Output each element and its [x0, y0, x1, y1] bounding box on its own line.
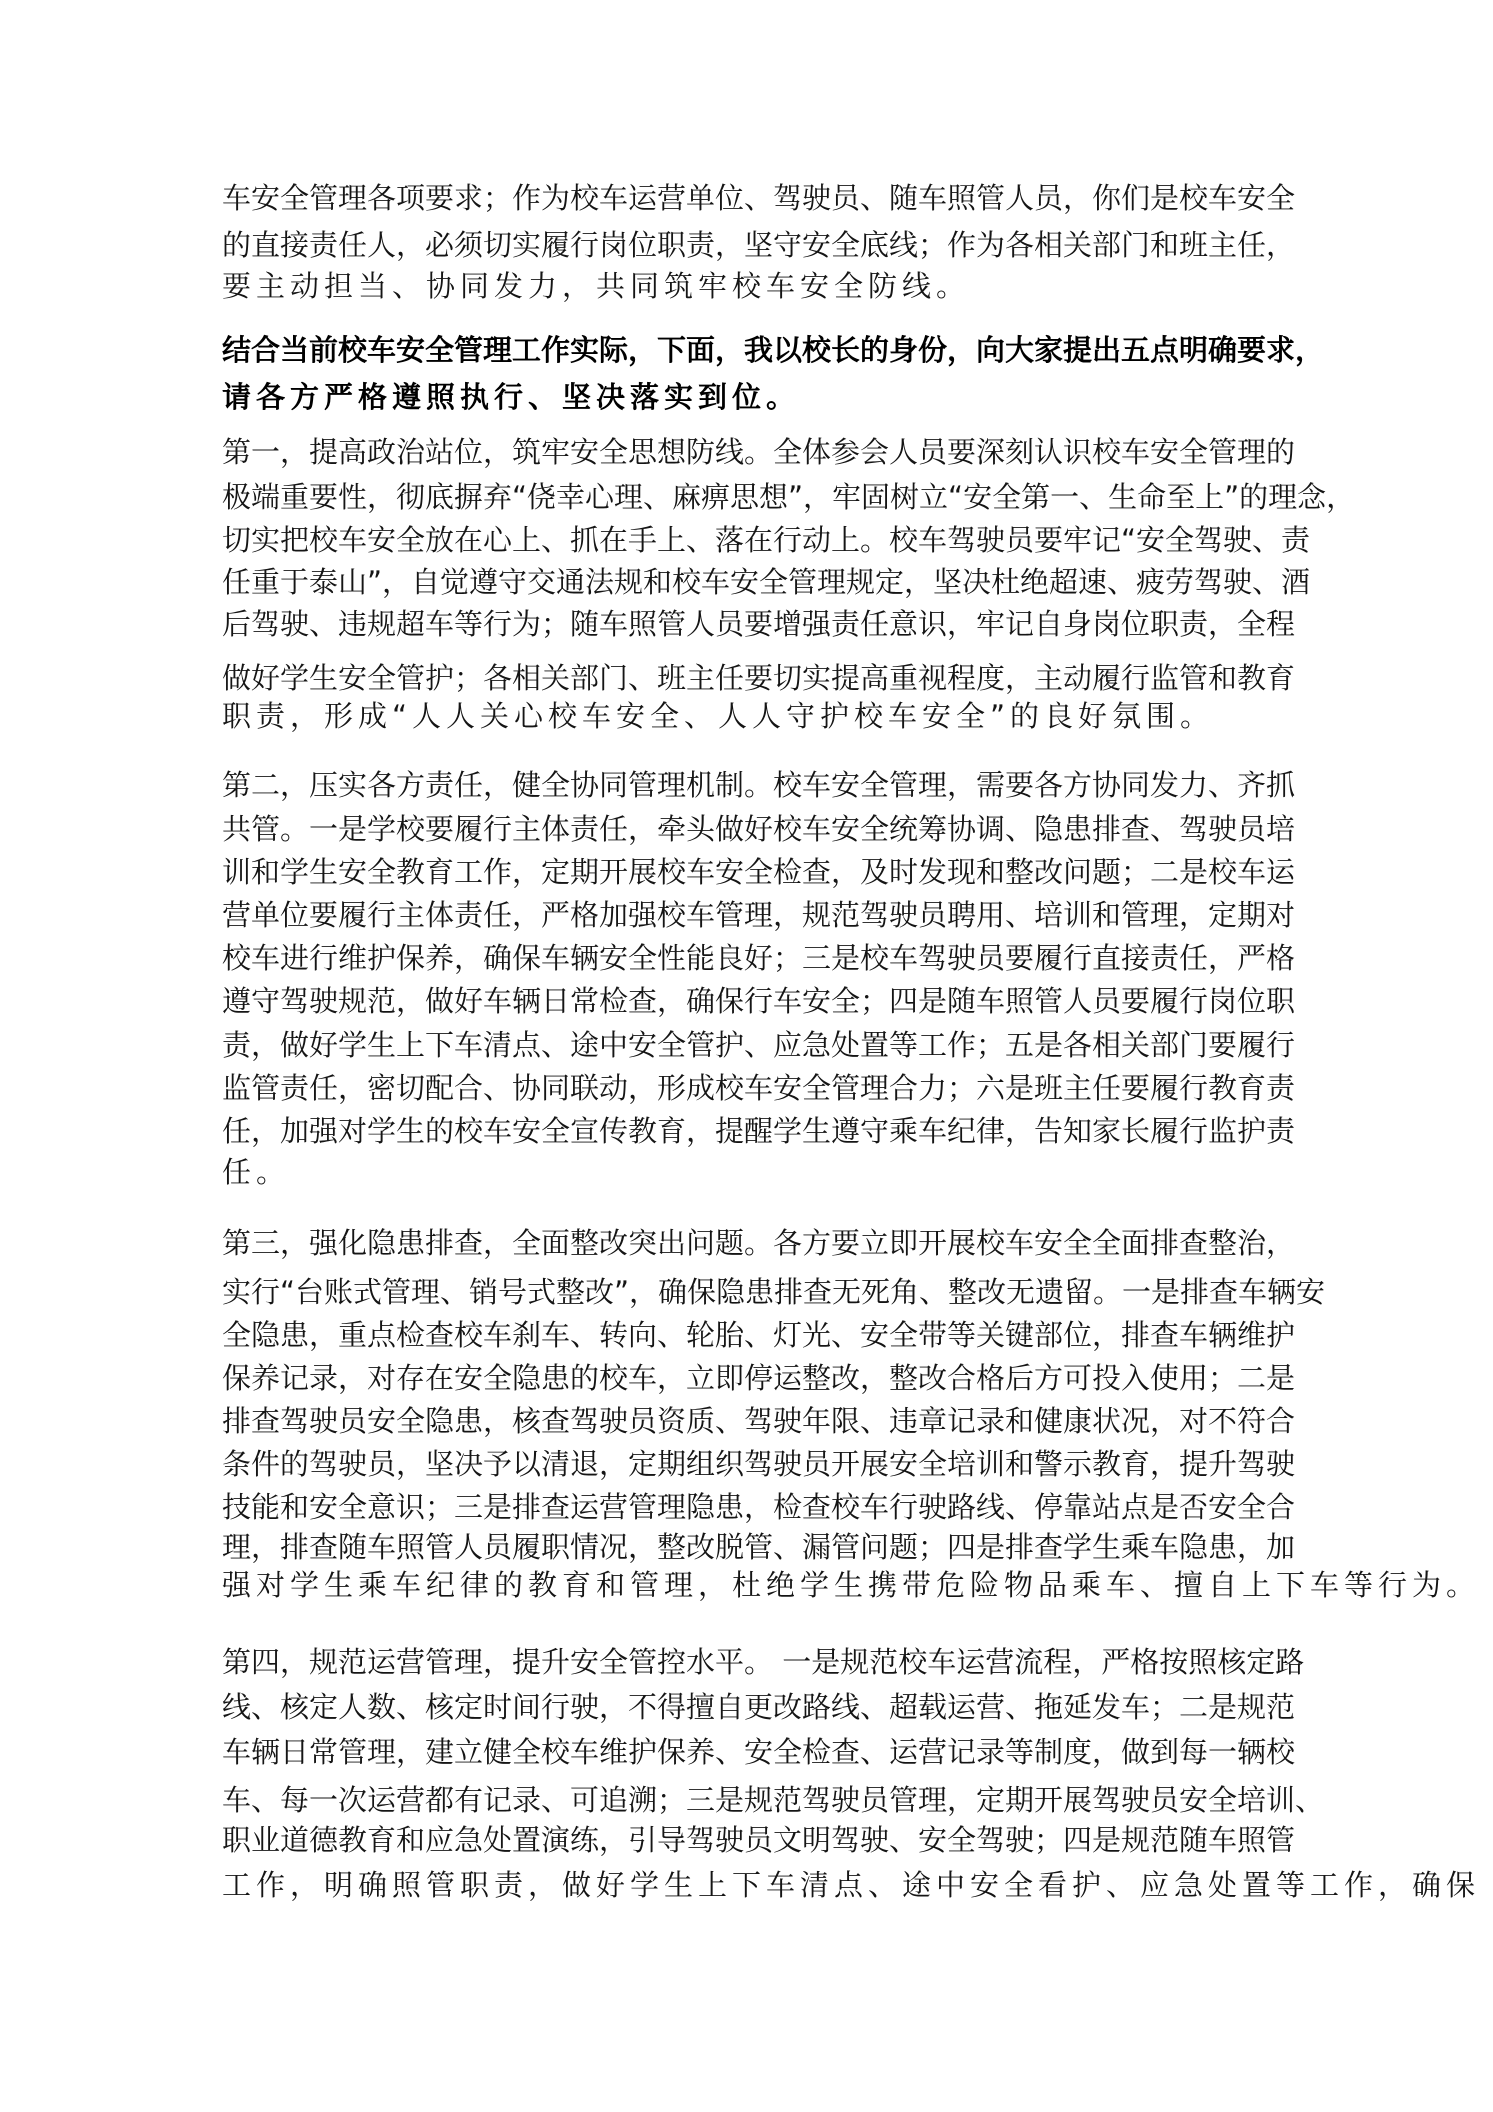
text-line: 第二，压实各方责任，健全协同管理机制。校车安全管理，需要各方协同发力、齐抓 — [222, 765, 1295, 805]
text-line: 责，做好学生上下车清点、途中安全管护、应急处置等工作；五是各相关部门要履行 — [222, 1025, 1295, 1065]
text-line: 极端重要性，彻底摒弃“侥幸心理、麻痹思想”，牢固树立“安全第一、生命至上”的理念… — [222, 477, 1355, 517]
text-line: 结合当前校车安全管理工作实际，下面，我以校长的身份，向大家提出五点明确要求， — [222, 330, 1324, 370]
text-line: 第一，提高政治站位，筑牢安全思想防线。全体参会人员要深刻认识校车安全管理的 — [222, 432, 1295, 472]
text-line: 的直接责任人，必须切实履行岗位职责，坚守安全底线；作为各相关部门和班主任， — [222, 225, 1295, 265]
text-line: 营单位要履行主体责任，严格加强校车管理，规范驾驶员聘用、培训和管理，定期对 — [222, 895, 1295, 935]
text-line: 请各方严格遵照执行、坚决落实到位。 — [222, 377, 800, 417]
text-line: 训和学生安全教育工作，定期开展校车安全检查，及时发现和整改问题；二是校车运 — [222, 852, 1295, 892]
text-line: 校车进行维护保养，确保车辆安全性能良好；三是校车驾驶员要履行直接责任，严格 — [222, 938, 1295, 978]
text-line: 强对学生乘车纪律的教育和管理，杜绝学生携带危险物品乘车、擅自上下车等行为。 — [222, 1565, 1480, 1605]
text-line: 切实把校车安全放在心上、抓在手上、落在行动上。校车驾驶员要牢记“安全驾驶、责 — [222, 520, 1310, 560]
text-line: 条件的驾驶员，坚决予以清退，定期组织驾驶员开展安全培训和警示教育，提升驾驶 — [222, 1444, 1295, 1484]
text-line: 任。 — [222, 1152, 290, 1192]
text-line: 排查驾驶员安全隐患，核查驾驶员资质、驾驶年限、违章记录和健康状况，对不符合 — [222, 1401, 1295, 1441]
text-line: 车、每一次运营都有记录、可追溯；三是规范驾驶员管理，定期开展驾驶员安全培训、 — [222, 1780, 1324, 1820]
text-line: 任重于泰山”，自觉遵守交通法规和校车安全管理规定，坚决杜绝超速、疲劳驾驶、酒 — [222, 562, 1310, 602]
text-line: 车辆日常管理，建立健全校车维护保养、安全检查、运营记录等制度，做到每一辆校 — [222, 1732, 1295, 1772]
text-line: 理，排查随车照管人员履职情况，整改脱管、漏管问题；四是排查学生乘车隐患，加 — [222, 1527, 1295, 1567]
text-line: 车安全管理各项要求；作为校车运营单位、驾驶员、随车照管人员，你们是校车安全 — [222, 178, 1295, 218]
text-line: 第三，强化隐患排查，全面整改突出问题。各方要立即开展校车安全全面排查整治， — [222, 1223, 1295, 1263]
text-line: 要主动担当、协同发力，共同筑牢校车安全防线。 — [222, 266, 970, 306]
text-line: 第四，规范运营管理，提升安全管控水平。 一是规范校车运营流程，严格按照核定路 — [222, 1642, 1304, 1682]
text-line: 职业道德教育和应急处置演练，引导驾驶员文明驾驶、安全驾驶；四是规范随车照管 — [222, 1820, 1295, 1860]
text-line: 职责，形成“人人关心校车安全、人人守护校车安全”的良好氛围。 — [222, 696, 1214, 736]
text-line: 做好学生安全管护；各相关部门、班主任要切实提高重视程度，主动履行监管和教育 — [222, 658, 1295, 698]
document-page: 车安全管理各项要求；作为校车运营单位、驾驶员、随车照管人员，你们是校车安全的直接… — [0, 0, 1493, 2112]
text-line: 保养记录，对存在安全隐患的校车，立即停运整改，整改合格后方可投入使用；二是 — [222, 1358, 1295, 1398]
text-line: 共管。一是学校要履行主体责任，牵头做好校车安全统筹协调、隐患排查、驾驶员培 — [222, 809, 1295, 849]
text-line: 全隐患，重点检查校车刹车、转向、轮胎、灯光、安全带等关键部位，排查车辆维护 — [222, 1315, 1295, 1355]
text-line: 工作，明确照管职责，做好学生上下车清点、途中安全看护、应急处置等工作，确保 — [222, 1865, 1480, 1905]
text-line: 任，加强对学生的校车安全宣传教育，提醒学生遵守乘车纪律，告知家长履行监护责 — [222, 1111, 1295, 1151]
text-line: 线、核定人数、核定时间行驶，不得擅自更改路线、超载运营、拖延发车；二是规范 — [222, 1687, 1295, 1727]
text-line: 监管责任，密切配合、协同联动，形成校车安全管理合力；六是班主任要履行教育责 — [222, 1068, 1295, 1108]
text-line: 技能和安全意识；三是排查运营管理隐患，检查校车行驶路线、停靠站点是否安全合 — [222, 1487, 1295, 1527]
text-line: 遵守驾驶规范，做好车辆日常检查，确保行车安全；四是随车照管人员要履行岗位职 — [222, 981, 1295, 1021]
text-line: 实行“台账式管理、销号式整改”，确保隐患排查无死角、整改无遗留。一是排查车辆安 — [222, 1272, 1325, 1312]
text-line: 后驾驶、违规超车等行为；随车照管人员要增强责任意识，牢记自身岗位职责，全程 — [222, 604, 1295, 644]
